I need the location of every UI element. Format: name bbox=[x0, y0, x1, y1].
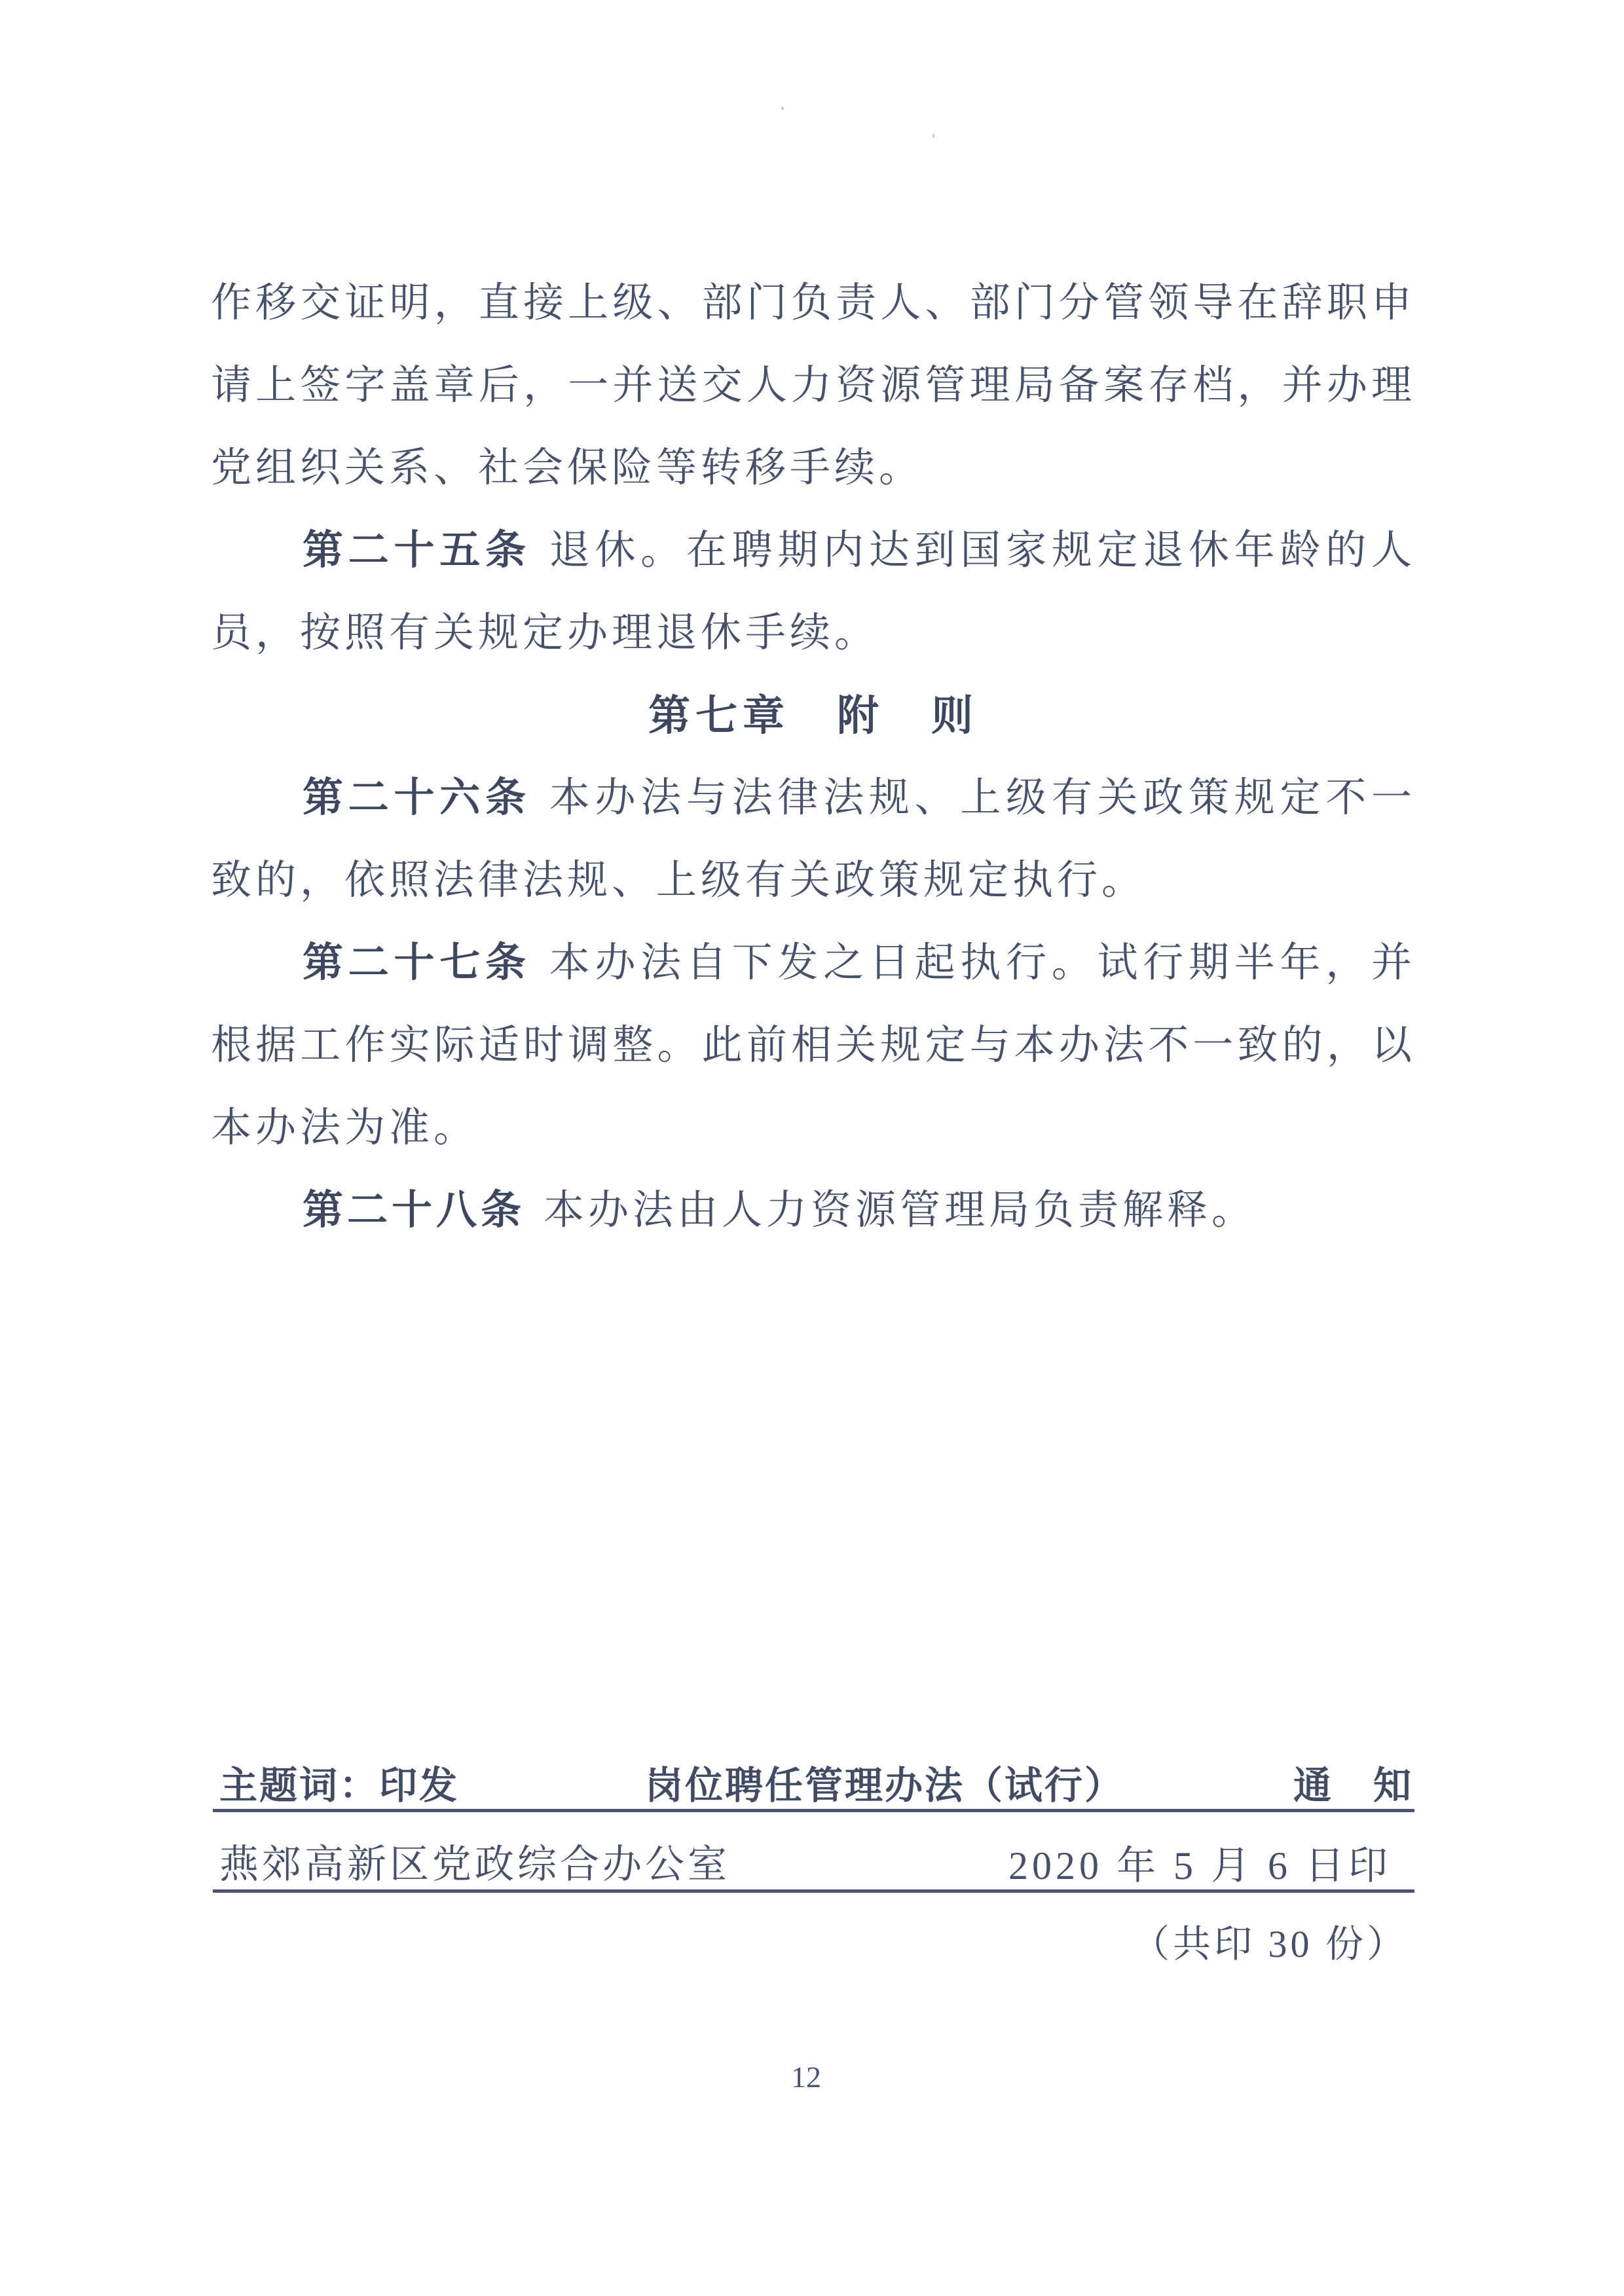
print-date: 2020 年 5 月 6 日印 bbox=[1008, 1834, 1392, 1891]
line-text: 本办法由人力资源管理局负责解释。 bbox=[544, 1188, 1256, 1233]
issuer-row: 燕郊高新区党政综合办公室 2020 年 5 月 6 日印 bbox=[219, 1833, 1414, 1876]
text-line: 第二十六条本办法与法律法规、上级有关政策规定不一 bbox=[211, 757, 1416, 839]
horizontal-rule-top bbox=[213, 1809, 1414, 1812]
article-number: 第二十八条 bbox=[303, 1188, 525, 1233]
issuer-name: 燕郊高新区党政综合办公室 bbox=[219, 1843, 730, 1886]
article-number: 第二十五条 bbox=[303, 528, 531, 573]
subject-row: 主题词：印发 岗位聘任管理办法（试行） 通 知 bbox=[219, 1755, 1414, 1795]
line-text: 员，按照有关规定办理退休手续。 bbox=[211, 611, 879, 655]
article-number: 第二十六条 bbox=[303, 775, 531, 820]
article-number: 第二十七条 bbox=[303, 940, 531, 985]
line-text: 党组织关系、社会保险等转移手续。 bbox=[211, 446, 923, 490]
line-text: 第七章 附 则 bbox=[648, 692, 978, 739]
line-text: 作移交证明，直接上级、部门负责人、部门分管领导在辞职申 bbox=[211, 281, 1416, 325]
text-line: 党组织关系、社会保险等转移手续。 bbox=[211, 427, 1416, 509]
line-text: 本办法与法律法规、上级有关政策规定不一 bbox=[549, 776, 1416, 820]
scan-speck bbox=[932, 134, 934, 138]
text-line: 第二十八条本办法由人力资源管理局负责解释。 bbox=[211, 1169, 1416, 1252]
text-line: 请上签字盖章后，一并送交人力资源管理局备案存档，并办理 bbox=[211, 344, 1416, 427]
line-text: 退休。在聘期内达到国家规定退休年龄的人 bbox=[549, 528, 1416, 573]
text-line: 本办法为准。 bbox=[211, 1087, 1416, 1169]
line-text: 致的，依照法律法规、上级有关政策规定执行。 bbox=[211, 858, 1146, 903]
copies-note: （共印 30 份） bbox=[1132, 1913, 1408, 1968]
document-page: 作移交证明，直接上级、部门负责人、部门分管领导在辞职申请上签字盖章后，一并送交人… bbox=[0, 0, 1624, 2296]
document-body: 作移交证明，直接上级、部门负责人、部门分管领导在辞职申请上签字盖章后，一并送交人… bbox=[211, 262, 1416, 1252]
text-line: 第二十七条本办法自下发之日起执行。试行期半年，并 bbox=[211, 922, 1416, 1004]
text-line: 致的，依照法律法规、上级有关政策规定执行。 bbox=[211, 839, 1416, 922]
page-number: 12 bbox=[0, 2060, 1612, 2094]
line-text: 本办法自下发之日起执行。试行期半年，并 bbox=[549, 941, 1416, 985]
text-line: 根据工作实际适时调整。此前相关规定与本办法不一致的，以 bbox=[211, 1004, 1416, 1087]
text-line: 第二十五条退休。在聘期内达到国家规定退休年龄的人 bbox=[211, 509, 1416, 592]
text-line: 员，按照有关规定办理退休手续。 bbox=[211, 592, 1416, 674]
line-text: 根据工作实际适时调整。此前相关规定与本办法不一致的，以 bbox=[211, 1023, 1416, 1068]
line-text: 请上签字盖章后，一并送交人力资源管理局备案存档，并办理 bbox=[211, 363, 1416, 408]
line-text: 本办法为准。 bbox=[211, 1106, 478, 1150]
scan-speck bbox=[781, 107, 784, 110]
subject-suffix: 通 知 bbox=[1293, 1755, 1413, 1810]
subject-value: 岗位聘任管理办法（试行） bbox=[645, 1755, 1124, 1810]
subject-label: 主题词：印发 bbox=[219, 1764, 459, 1807]
text-line: 作移交证明，直接上级、部门负责人、部门分管领导在辞职申 bbox=[211, 262, 1416, 344]
chapter-heading: 第七章 附 则 bbox=[211, 674, 1416, 757]
horizontal-rule-bottom bbox=[213, 1889, 1414, 1893]
